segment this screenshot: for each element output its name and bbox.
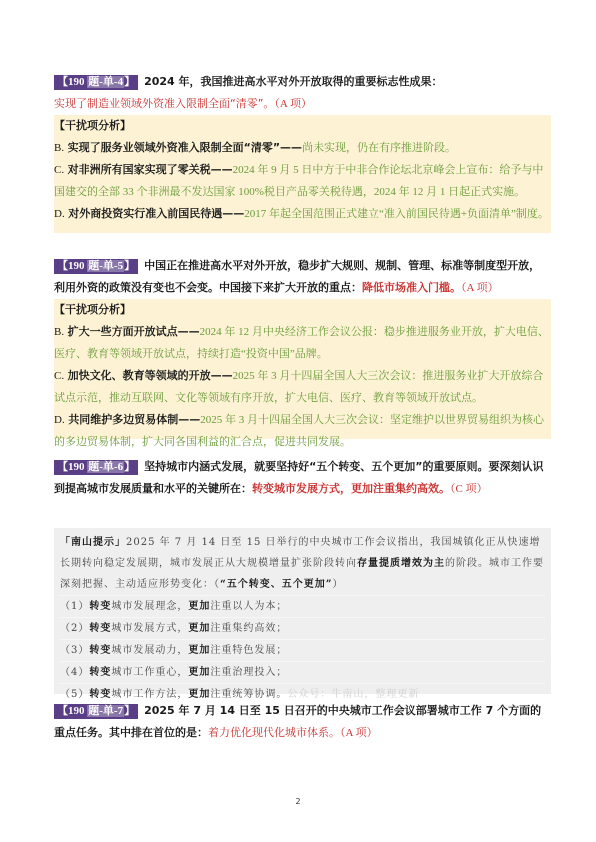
tip-item-4: （4）转变城市工作重心，更加注重治理投入； (60, 662, 545, 684)
distractor-analysis-box: 【干扰项分析】 B. 扩大一些方面开放试点——2024 年 12 月中央经济工作… (54, 299, 551, 439)
answer-option: （C 项） (450, 483, 488, 495)
tip-item-3: （3）转变城市发展动力，更加注重特色发展； (60, 640, 545, 662)
tip-intro: 「南山提示」2025 年 7 月 14 日至 15 日举行的中央城市工作会议指出… (60, 532, 545, 596)
question-7: 【190 题-单-7】2025 年 7 月 14 日至 15 日召开的中央城市工… (54, 700, 551, 744)
answer-text: 降低市场准入门槛。 (362, 281, 461, 294)
page-number: 2 (0, 797, 596, 806)
question-tag: 【190 题-单-5】 (54, 259, 138, 274)
analysis-header: 【干扰项分析】 (54, 115, 551, 137)
document-page: 【190 题-单-4】2024 年，我国推进高水平对外开放取得的重要标志性成果：… (0, 0, 596, 842)
option-c: C. 加快文化、教育等领域的开放——2025 年 3 月十四届全国人大三次会议：… (54, 365, 551, 409)
question-tag: 【190 题-单-4】 (54, 75, 138, 90)
answer-option: （A 项） (461, 282, 499, 294)
analysis-header: 【干扰项分析】 (54, 299, 551, 321)
option-c: C. 对非洲所有国家实现了零关税——2024 年 9 月 5 日中方于中非合作论… (54, 159, 551, 203)
question-tag: 【190 题-单-7】 (54, 704, 138, 719)
answer-option: （A 项） (274, 98, 312, 110)
option-b: B. 扩大一些方面开放试点——2024 年 12 月中央经济工作会议公报：稳步推… (54, 321, 551, 365)
tip-item-1: （1）转变城市发展理念，更加注重以人为本； (60, 596, 545, 618)
answer-text: 着力优化现代化城市体系。 (208, 726, 340, 739)
distractor-analysis-box: 【干扰项分析】 B. 实现了服务业领域外资准入限制全面“清零”——尚未实现，仍在… (54, 115, 551, 233)
question-6: 【190 题-单-6】坚持城市内涵式发展，就要坚持好“五个转变、五个更加”的重要… (54, 456, 551, 500)
nanshan-tip-box: 「南山提示」2025 年 7 月 14 日至 15 日举行的中央城市工作会议指出… (54, 528, 551, 694)
option-b: B. 实现了服务业领域外资准入限制全面“清零”——尚未实现，仍在有序推进阶段。 (54, 137, 551, 159)
option-d: D. 对外商投资实行准入前国民待遇——2017 年起全国范围正式建立“准入前国民… (54, 203, 551, 225)
question-4: 【190 题-单-4】2024 年，我国推进高水平对外开放取得的重要标志性成果：… (54, 71, 551, 115)
question-stem: 2024 年，我国推进高水平对外开放取得的重要标志性成果： (144, 75, 442, 88)
answer-text: 转变城市发展方式，更加注重集约高效。 (252, 482, 450, 495)
tip-item-2: （2）转变城市发展方式，更加注重集约高效； (60, 618, 545, 640)
tip-label: 「南山提示」 (60, 537, 126, 548)
answer-option: （A 项） (340, 727, 378, 739)
question-tag: 【190 题-单-6】 (54, 460, 138, 475)
question-5: 【190 题-单-5】中国正在推进高水平对外开放，稳步扩大规则、规制、管理、标准… (54, 255, 551, 299)
answer-text: 实现了制造业领域外资准入限制全面“清零”。 (54, 97, 274, 110)
option-d: D. 共同维护多边贸易体制——2025 年 3 月十四届全国人大三次会议：坚定维… (54, 409, 551, 453)
watermark: 公众号：牛南山，整理更新 (287, 689, 419, 700)
